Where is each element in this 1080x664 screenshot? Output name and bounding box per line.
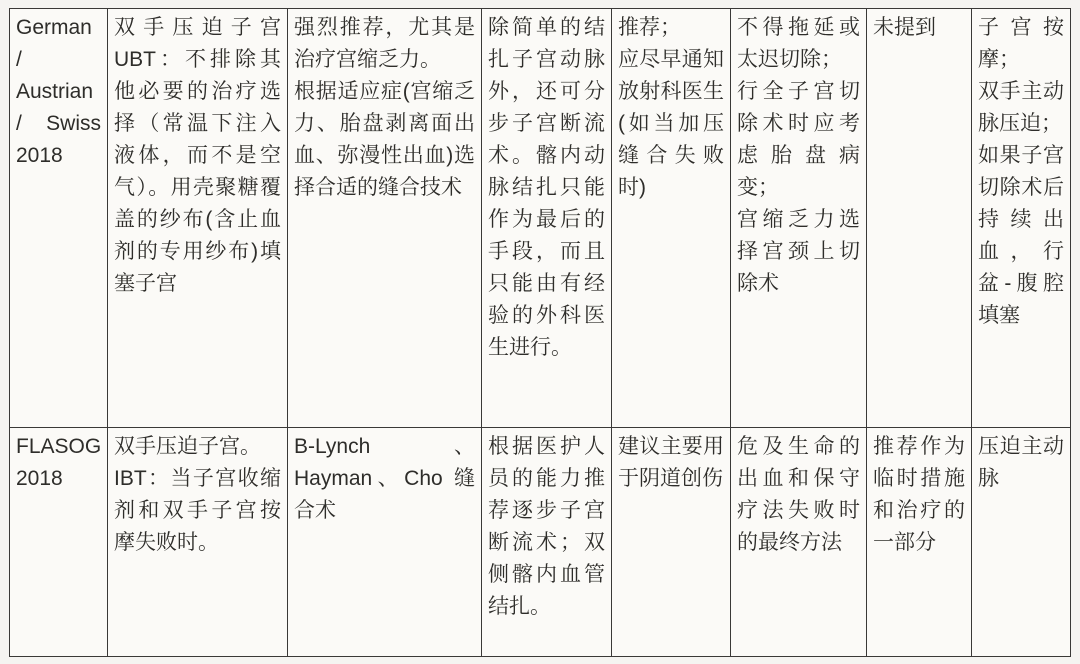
table-cell: B-Lynch、Hayman、Cho 缝合术 [288,428,482,657]
table-cell: 推荐； 应尽早通知放射科医生(如当加压缝合失败时) [612,9,731,428]
document-page: German / Austrian / Swiss 2018 双手压迫子宫UBT… [0,0,1080,664]
table-cell: 强烈推荐，尤其是治疗宫缩乏力。 根据适应症(宫缩乏力、胎盘剥离面出血、弥漫性出血… [288,9,482,428]
table-cell: 建议主要用于阴道创伤 [612,428,731,657]
table-cell: 危及生命的出血和保守疗法失败时的最终方法 [731,428,867,657]
table-cell: 未提到 [867,9,972,428]
table-cell: 根据医护人员的能力推荐逐步子宫断流术；双侧髂内血管结扎。 [482,428,612,657]
table-cell: 推荐作为临时措施和治疗的一部分 [867,428,972,657]
table-cell: 双手压迫子宫UBT：不排除其他必要的治疗选择（常温下注入液体，而不是空气）。用壳… [108,9,288,428]
table-cell: 除简单的结扎子宫动脉外，还可分步子宫断流术。髂内动脉结扎只能作为最后的手段，而且… [482,9,612,428]
guideline-table: German / Austrian / Swiss 2018 双手压迫子宫UBT… [9,8,1071,657]
table-cell-guideline-name: FLASOG 2018 [10,428,108,657]
table-cell: 不得拖延或太迟切除； 行全子宫切除术时应考虑胎盘病变； 宫缩乏力选择宫颈上切除术 [731,9,867,428]
table-cell: 双手压迫子宫。 IBT：当子宫收缩剂和双手子宫按摩失败时。 [108,428,288,657]
table-row: FLASOG 2018 双手压迫子宫。 IBT：当子宫收缩剂和双手子宫按摩失败时… [10,428,1071,657]
table-cell-guideline-name: German / Austrian / Swiss 2018 [10,9,108,428]
table-row: German / Austrian / Swiss 2018 双手压迫子宫UBT… [10,9,1071,428]
table-cell: 压迫主动脉 [972,428,1071,657]
table-cell: 子宫按摩； 双手主动脉压迫； 如果子宫切除术后持续出血，行盆-腹腔填塞 [972,9,1071,428]
